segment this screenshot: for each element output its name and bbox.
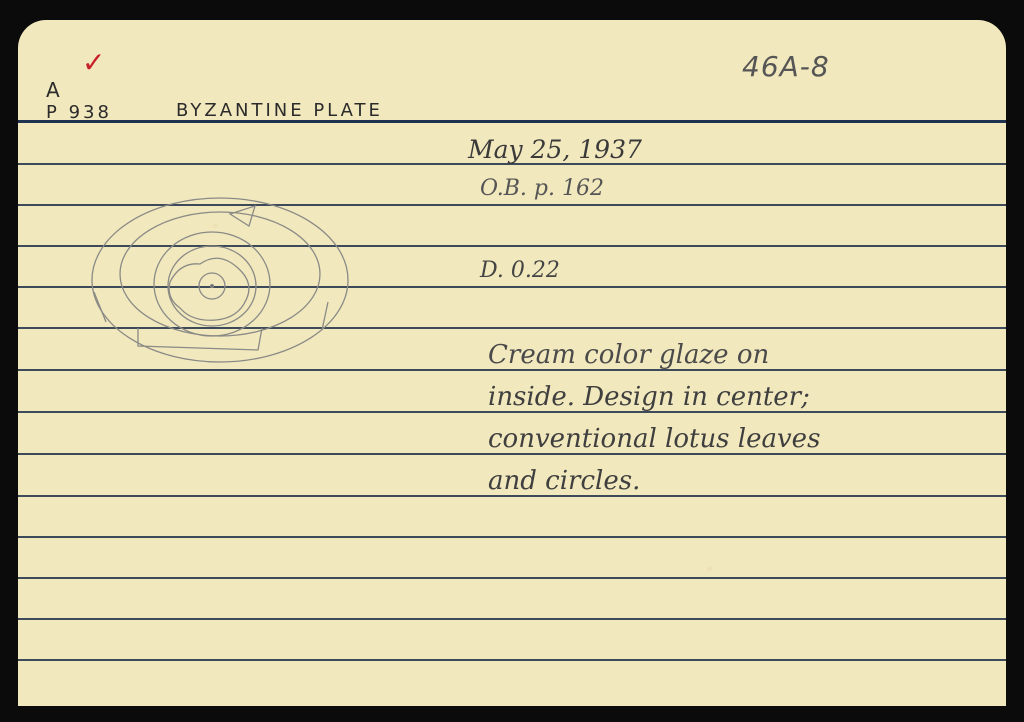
object-number: P 938: [46, 102, 112, 123]
catalog-index-card: ✓ 46A-8 A P 938 BYZANTINE PLATE May 25, …: [18, 20, 1006, 706]
header-rule: [18, 120, 1006, 123]
catalog-number: 46A-8: [742, 50, 830, 83]
ruled-line: [18, 536, 1006, 538]
letter-label: A: [46, 78, 63, 102]
date-entry: May 25, 1937: [468, 135, 642, 164]
red-check-mark: ✓: [82, 46, 105, 79]
ruled-line: [18, 577, 1006, 579]
plate-sketch-icon: [90, 192, 360, 372]
object-title: BYZANTINE PLATE: [176, 100, 383, 121]
dimension-entry: D. 0.22: [480, 258, 560, 283]
description-line-1: Cream color glaze on: [488, 340, 769, 370]
ruled-line: [18, 618, 1006, 620]
reference-entry: O.B. p. 162: [480, 176, 604, 201]
ruled-line: [18, 659, 1006, 661]
description-line-3: conventional lotus leaves: [488, 424, 820, 454]
description-line-2: inside. Design in center;: [488, 382, 810, 412]
description-line-4: and circles.: [488, 466, 640, 496]
